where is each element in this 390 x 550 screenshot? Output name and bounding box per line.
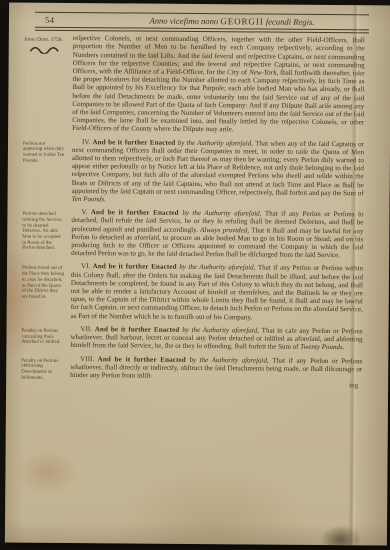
margin-column: Anno Dom. 1756.	[8, 34, 73, 133]
statute-paragraph-iv: IV. And be it further Enacted by the Aut…	[72, 138, 365, 206]
statute-paragraph-vii: VII. And be it further Enacted by the Au…	[70, 325, 362, 352]
anno-dom-note: Anno Dom. 1756.	[24, 38, 66, 44]
body-column: IV. And be it further Enacted by the Aut…	[72, 138, 365, 206]
running-title-pre: Anno viceſimo nono	[149, 16, 220, 27]
statute-paragraph-continuation: reſpective Colonels, or next commanding …	[72, 34, 365, 135]
margin-note-viii: Penalty on Perſons obſtructing Detachmen…	[6, 354, 70, 387]
margin-note-vii: Penalty on Perſons concealing thoſe deta…	[6, 324, 70, 349]
margin-note-iv: Perſons not appearing when duly warned t…	[8, 137, 73, 203]
running-title-king: GEORGII	[220, 16, 263, 26]
body-column: V. And be it further Enacted by the Auth…	[71, 208, 363, 260]
body-column: VIII. And be it further Enacted by the A…	[70, 355, 362, 390]
body-column: VI. And be it further Enacted by the Aut…	[71, 262, 363, 322]
section-row-continuation: Anno Dom. 1756. reſpective Colonels, or …	[8, 34, 390, 135]
catchword: ing	[70, 379, 362, 389]
statute-paragraph-v: V. And be it further Enacted by the Auth…	[71, 208, 363, 260]
margin-note-vi: Perſons found out of the Place they belo…	[7, 262, 71, 320]
running-title: Anno viceſimo nono GEORGII ſecundi Regis…	[101, 15, 363, 27]
section-row-vii: Penalty on Perſons concealing thoſe deta…	[6, 324, 388, 352]
section-row-iv: Perſons not appearing when duly warned t…	[8, 137, 390, 206]
statute-paragraph-vi: VI. And be it further Enacted by the Aut…	[71, 262, 363, 322]
statute-paragraph-viii: VIII. And be it further Enacted by the A…	[70, 355, 362, 382]
body-column: VII. And be it further Enacted by the Au…	[70, 325, 362, 352]
page-content: Anno Dom. 1756. reſpective Colonels, or …	[6, 34, 390, 390]
running-title-post: ſecundi Regis.	[264, 17, 315, 27]
page-number: 54	[45, 15, 101, 25]
scanned-statute-page: 54 Anno viceſimo nono GEORGII ſecundi Re…	[5, 3, 390, 546]
margin-note-v: Perſons detached refuſing the Service, t…	[7, 208, 71, 258]
section-row-v: Perſons detached refuſing the Service, t…	[7, 208, 389, 260]
section-row-viii: Penalty on Perſons obſtructing Detachmen…	[6, 354, 388, 390]
body-column: reſpective Colonels, or next commanding …	[72, 34, 365, 135]
squiggle-ornament	[30, 46, 64, 54]
page-header: 54 Anno viceſimo nono GEORGII ſecundi Re…	[35, 12, 369, 34]
section-row-vi: Perſons found out of the Place they belo…	[7, 262, 389, 322]
